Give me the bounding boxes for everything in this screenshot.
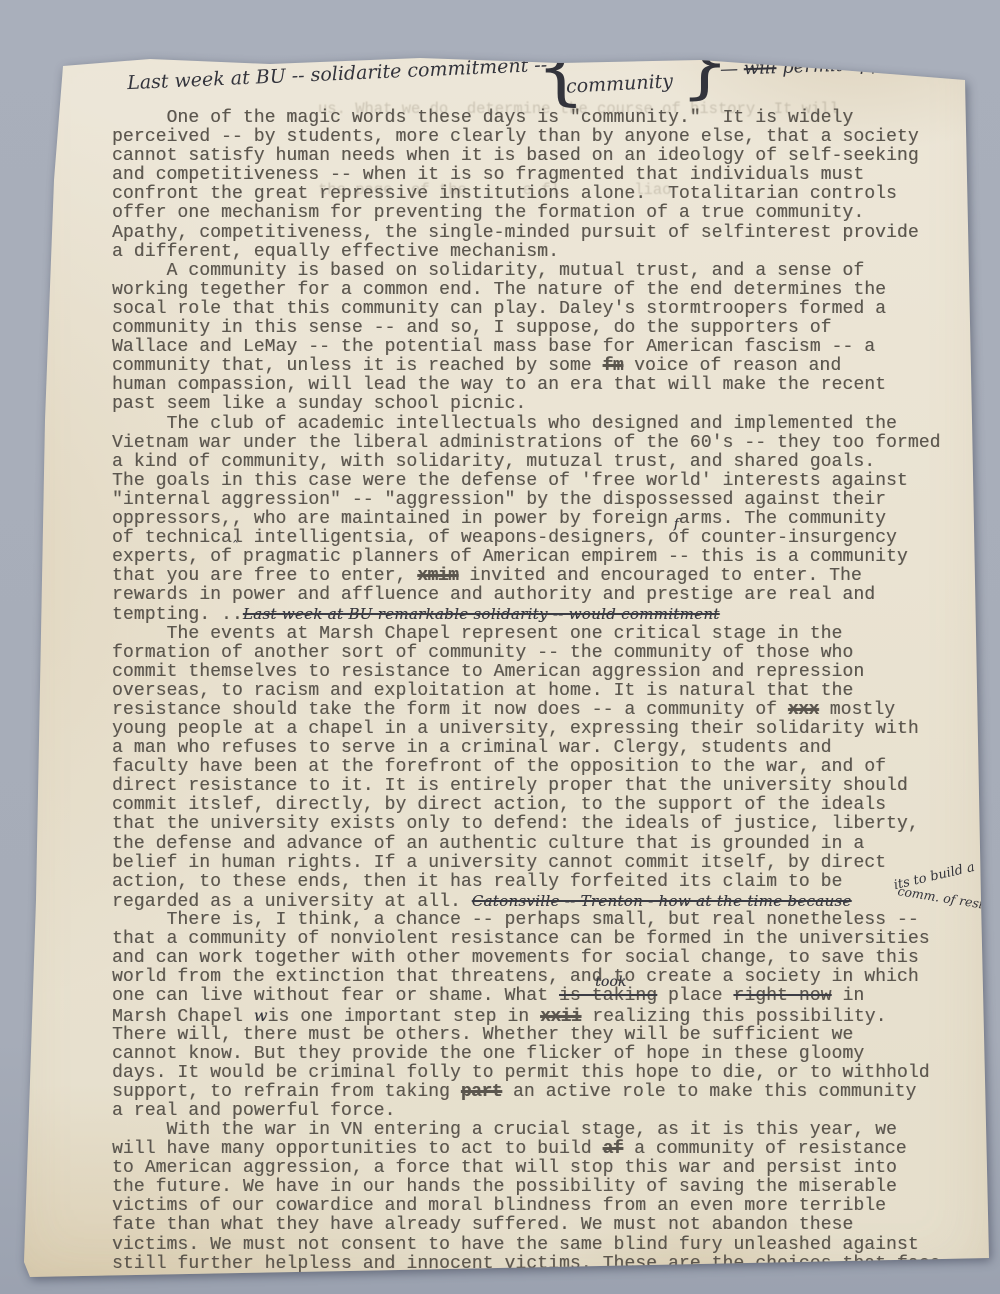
struck-word: will bbox=[743, 57, 776, 79]
text-line: Apathy, competitiveness, the single-mind… bbox=[112, 224, 941, 243]
text-line: formation of another sort of community -… bbox=[112, 644, 941, 663]
text-line: regarded as a university at all. Catonsv… bbox=[112, 892, 941, 911]
text-line: the future. We have in our hands the pos… bbox=[112, 1178, 941, 1197]
text-line: cannot satisfy human needs when it is ba… bbox=[112, 147, 941, 166]
text-line: commit themselves to resistance to Ameri… bbox=[112, 663, 941, 682]
text-line: young people at a chapel in a university… bbox=[112, 720, 941, 739]
text-line: one can live without fear or shame. What… bbox=[112, 987, 941, 1006]
text-line: confront the great repressive institutio… bbox=[112, 185, 941, 204]
text-line: A community is based on solidarity, mutu… bbox=[112, 262, 941, 281]
text-line: commit itslef, directly, by direct actio… bbox=[112, 796, 941, 815]
text-line: action, to these ends, then it has reall… bbox=[112, 873, 941, 892]
text-line: and competitiveness -- when it is so fra… bbox=[112, 166, 941, 185]
text-line: past seem like a sunday school picnic. bbox=[112, 395, 941, 414]
text-line: support, to refrain from taking part an … bbox=[112, 1083, 941, 1102]
text-line: One of the magic words these days is "co… bbox=[112, 109, 941, 128]
typed-text: One of the magic words these days is "co… bbox=[112, 109, 941, 1274]
text-line: will have many opportunities to act to b… bbox=[112, 1140, 941, 1159]
text-line: victims of our cowardice and moral blind… bbox=[112, 1197, 941, 1216]
text-line: community that, unless it is reached by … bbox=[112, 357, 941, 376]
text-line: perceived -- by students, more clearly t… bbox=[112, 128, 941, 147]
text-line: Vietnam war under the liberal administra… bbox=[112, 434, 941, 453]
pen-caret-mark: ‸ bbox=[233, 527, 238, 543]
text-line: working tegether for a common end. The n… bbox=[112, 281, 941, 300]
text-line: rewards in power and affluence and autho… bbox=[112, 586, 941, 605]
text-line: cannot know. But they provide the one fl… bbox=[112, 1045, 941, 1064]
text-line: and can work together with other movemen… bbox=[112, 949, 941, 968]
text-line: belief in human rights. If a university … bbox=[112, 854, 941, 873]
text-line: community in this sense -- and so, I sup… bbox=[112, 319, 941, 338]
text-line: experts, of pragmatic planners of Americ… bbox=[112, 548, 941, 567]
text-line: world from the extinction that threatens… bbox=[112, 968, 941, 987]
text-line: socal role that this community can play.… bbox=[112, 300, 941, 319]
text-line: overseas, to racism and exploitation at … bbox=[112, 682, 941, 701]
text-line: a man who refuses to serve in a criminal… bbox=[112, 739, 941, 758]
text-line: human compassion, will lead the way to a… bbox=[112, 376, 941, 395]
text-line: victims. We must not consent to have the… bbox=[112, 1236, 941, 1255]
text-line: that you are free to enter, xmim invited… bbox=[112, 567, 941, 586]
text-line: a real and powerful force. bbox=[112, 1102, 941, 1121]
pen-scribble bbox=[901, 42, 984, 80]
text-line: Wallace and LeMay -- the potential mass … bbox=[112, 338, 941, 357]
text-line: that a community of nonviolent resistanc… bbox=[112, 930, 941, 949]
text-line: "internal aggression" -- "aggression" by… bbox=[112, 491, 941, 510]
text-line: direct resistance to it. It is entirely … bbox=[112, 777, 941, 796]
text-line: a different, equally effective mechanism… bbox=[112, 243, 941, 262]
text-line: The goals in this case were the defense … bbox=[112, 472, 941, 491]
text-line: There will, there must be others. Whethe… bbox=[112, 1026, 941, 1045]
text-line: The events at Marsh Chapel represent one… bbox=[112, 625, 941, 644]
text-line: tempting. ..Last week at BU remarkable s… bbox=[112, 605, 941, 624]
text-line: to American aggression, a force that wil… bbox=[112, 1159, 941, 1178]
text-line: still further helpless and innocent vict… bbox=[112, 1255, 941, 1274]
text-line: faculty have been at the forefront of th… bbox=[112, 758, 941, 777]
photo-background: us. What we do determine the course of h… bbox=[0, 0, 1000, 1294]
text-line: fate than what they have already suffere… bbox=[112, 1216, 941, 1235]
text-line: There is, I think, a chance -- perhaps s… bbox=[112, 911, 941, 930]
text-line: a kind of community, with solidarity, mu… bbox=[112, 453, 941, 472]
text-line: With the war in VN entering a crucial st… bbox=[112, 1121, 941, 1140]
handwritten-note-suffix: — will permit app a bbox=[720, 53, 900, 80]
text-line: The club of academic intellectuals who d… bbox=[112, 415, 941, 434]
paper-sheet: us. What we do determine the course of h… bbox=[0, 0, 1000, 1294]
text-line: days. It would be criminal folly to perm… bbox=[112, 1064, 941, 1083]
text-line: resistance should take the form it now d… bbox=[112, 701, 941, 720]
text-line: Marsh Chapel wis one important step in x… bbox=[112, 1006, 941, 1025]
text-line: offer one mechanism for preventing the f… bbox=[112, 204, 941, 223]
text-line: that the university exists only to defen… bbox=[112, 815, 941, 834]
text-line: the defense and advance of an authentic … bbox=[112, 835, 941, 854]
